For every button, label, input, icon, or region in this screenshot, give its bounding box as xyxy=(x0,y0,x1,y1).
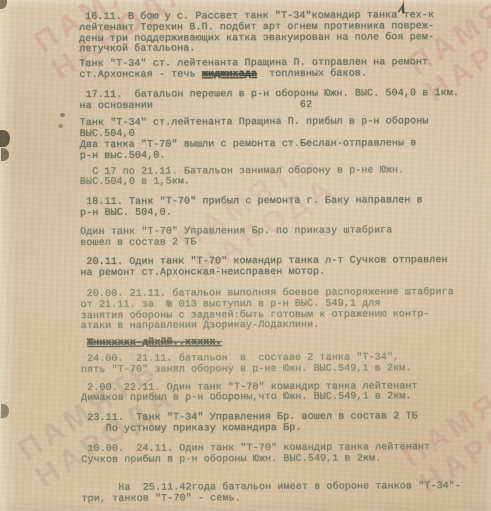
entry-20-11-t70-repair: 20.11. Один танк "Т-70" командир танка л… xyxy=(80,256,485,280)
entry-18-11-t70-return: 18.11. Танк "Т-70" прибыл с ремонта г. Б… xyxy=(80,196,485,220)
edge-ink-blot xyxy=(1,404,9,418)
corner-shadow xyxy=(0,0,7,9)
paper-speck xyxy=(58,124,63,128)
paragraph-text: топливных баков. xyxy=(257,68,367,80)
edge-ink-blot xyxy=(1,148,9,161)
entry-21-11-order-013: 20.00. 21.11. батальон выполняя боевое р… xyxy=(80,288,485,333)
document-text: 16.11. В бою у с. Рассвет танк "Т-34"ком… xyxy=(79,11,487,506)
entry-t34-t70-arrival: Танк "Т-34" ст.лейтенанта Пращина П. при… xyxy=(80,117,485,162)
entry-16-11-battle: 16.11. В бою у с. Рассвет танк "Т-34"ком… xyxy=(79,11,484,56)
struck-out-line: Жниххххх-дйхйй..ххххх. xyxy=(81,337,486,350)
ink-mark xyxy=(394,0,414,17)
watermark-star-icon: ☆ xyxy=(0,369,35,433)
entry-10-00-24-11-t70-arrival: 10.00. 24.11. Один танк "Т-70" командир … xyxy=(81,443,486,467)
entry-t70-to-2tb: Один танк "Т-70" Управления Бр. по прика… xyxy=(80,226,485,250)
edge-ink-blot xyxy=(0,130,10,147)
entry-24-00-21-11-defense: 24.00. 21.11. батальон в составе 2 танка… xyxy=(81,353,486,377)
watermark-star-icon: ☆ xyxy=(0,313,39,390)
entry-17-21-11-defense: С 17 по 21.11. Батальон занимал оборону … xyxy=(80,165,485,189)
entry-t34-repair: Танк "Т-34" ст. лейтенанта Пращина П. от… xyxy=(79,58,484,82)
scanned-document-page: ПАМЯТЬНАРОДА ПАМЯТЬНАРОДА ПАМЯТЬНАРОДА П… xyxy=(0,0,491,511)
entry-2-00-22-11-t70-arrival: 2.00. 22.11. Один танк "Т-70" командир т… xyxy=(81,381,486,405)
struck-text: Жниххххх-дйхйй..ххххх. xyxy=(87,337,222,349)
paper-speck xyxy=(60,113,65,117)
entry-25-11-summary: На 25.11.42года батальон имеет в обороне… xyxy=(81,482,486,506)
entry-23-11-t34-to-2tb: 23.11. Танк "Т-34" Управления Бр. вошел … xyxy=(81,412,486,436)
entry-17-11-defense: 17.11. батальон перешел в р-н обороны Юж… xyxy=(79,89,484,113)
struck-text: жиджихада xyxy=(202,69,257,80)
